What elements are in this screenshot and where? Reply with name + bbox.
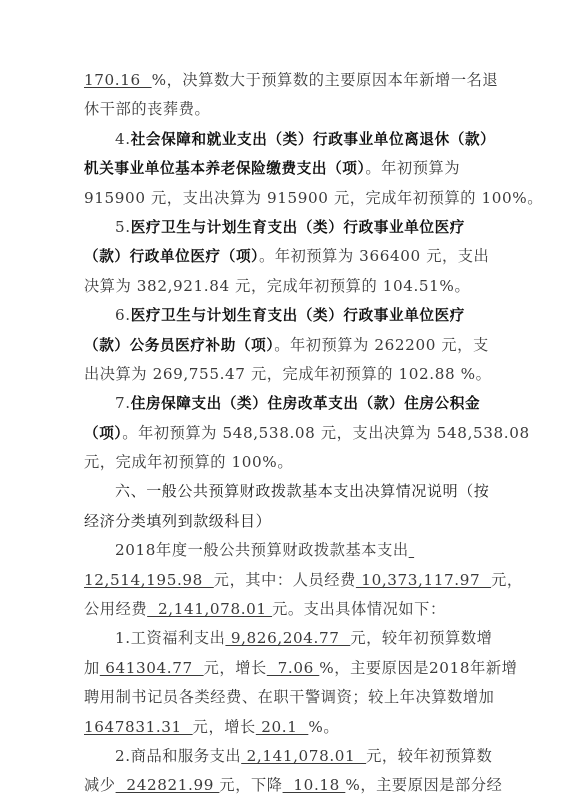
body-text: 决算为 382,921.84 元，完成年初预算的 104.51%。 xyxy=(84,277,470,295)
body-text: 加 xyxy=(84,659,100,677)
body-text: 元，较年初预算数 xyxy=(366,747,492,765)
underlined-value xyxy=(409,541,414,559)
bold-heading-text: 社会保障和就业支出（类）行政事业单位离退休（款） xyxy=(131,131,496,148)
bold-heading-text: （款）行政单位医疗（项） xyxy=(84,248,259,265)
text-line: 4.社会保障和就业支出（类）行政事业单位离退休（款） xyxy=(84,125,484,154)
text-line: 1647831.31 元，增长 20.1 %。 xyxy=(84,713,484,742)
text-line: 915900 元，支出决算为 915900 元，完成年初预算的 100%。 xyxy=(84,184,484,213)
text-line: 元，完成年初预算的 100%。 xyxy=(84,448,484,477)
body-text: 聘用制书记员各类经费、在职干警调资；较上年决算数增加 xyxy=(84,688,494,706)
body-text: 6. xyxy=(115,306,131,324)
underlined-value: 7.06 xyxy=(267,659,320,677)
body-text: 。年初预算为 548,538.08 元，支出决算为 548,538.08 xyxy=(122,424,529,442)
underlined-value: 10,373,117.97 xyxy=(356,571,491,589)
text-line: （款）公务员医疗补助（项）。年初预算为 262200 元，支 xyxy=(84,331,484,360)
body-text: %，决算数大于预算数的主要原因本年新增一名退 xyxy=(152,71,499,89)
body-text: 1.工资福利支出 xyxy=(115,629,225,647)
body-text: 减少 xyxy=(84,776,116,794)
body-text: 。年初预算为 262200 元，支 xyxy=(274,336,489,354)
body-text: 休干部的丧葬费。 xyxy=(84,100,210,118)
underlined-value: 641304.77 xyxy=(100,659,204,677)
body-text: 公用经费 xyxy=(84,600,147,618)
body-text: 2018年度一般公共预算财政拨款基本支出 xyxy=(115,541,409,559)
body-text: 915900 元，支出决算为 915900 元，完成年初预算的 100%。 xyxy=(84,189,543,207)
text-line: 六、一般公共预算财政拨款基本支出决算情况说明（按 xyxy=(84,477,484,506)
text-line: 5.医疗卫生与计划生育支出（类）行政事业单位医疗 xyxy=(84,213,484,242)
body-text: 。年初预算为 xyxy=(365,159,460,177)
body-text: 元，完成年初预算的 100%。 xyxy=(84,453,293,471)
text-line: 机关事业单位基本养老保险缴费支出（项）。年初预算为 xyxy=(84,154,484,183)
bold-heading-text: 住房保障支出（类）住房改革支出（款）住房公积金 xyxy=(131,395,480,412)
document-page: 170.16 %，决算数大于预算数的主要原因本年新增一名退休干部的丧葬费。4.社… xyxy=(84,66,484,800)
body-text: 。年初预算为 366400 元，支出 xyxy=(259,247,489,265)
text-line: 12,514,195.98 元，其中：人员经费 10,373,117.97 元， xyxy=(84,566,484,595)
text-line: （款）行政单位医疗（项）。年初预算为 366400 元，支出 xyxy=(84,242,484,271)
text-line: 6.医疗卫生与计划生育支出（类）行政事业单位医疗 xyxy=(84,301,484,330)
body-text: %。 xyxy=(308,718,339,736)
text-line: 公用经费 2,141,078.01 元。支出具体情况如下： xyxy=(84,595,484,624)
text-line: 2.商品和服务支出 2,141,078.01 元，较年初预算数 xyxy=(84,742,484,771)
text-line: 出决算为 269,755.47 元，完成年初预算的 102.88 %。 xyxy=(84,360,484,389)
text-line: 减少 242821.99 元，下降 10.18 %，主要原因是部分经 xyxy=(84,771,484,800)
body-text: 元，下降 xyxy=(219,776,282,794)
underlined-value: 1647831.31 xyxy=(84,718,193,736)
bold-heading-text: 医疗卫生与计划生育支出（类）行政事业单位医疗 xyxy=(131,219,465,236)
body-text: 元，增长 xyxy=(193,718,256,736)
underlined-value: 2,141,078.01 xyxy=(241,747,366,765)
text-line: 1.工资福利支出 9,826,204.77 元，较年初预算数增 xyxy=(84,624,484,653)
text-line: 2018年度一般公共预算财政拨款基本支出 xyxy=(84,536,484,565)
section-heading: 经济分类填列到款级科目） xyxy=(84,512,271,530)
body-text: 4. xyxy=(115,130,131,148)
body-text: 元，较年初预算数增 xyxy=(350,629,492,647)
bold-heading-text: 机关事业单位基本养老保险缴费支出（项） xyxy=(84,160,365,177)
text-line: 加 641304.77 元，增长 7.06 %，主要原因是2018年新增 xyxy=(84,654,484,683)
underlined-value: 9,826,204.77 xyxy=(225,629,350,647)
underlined-value: 10.18 xyxy=(283,776,346,794)
bold-heading-text: （款）公务员医疗补助（项） xyxy=(84,337,274,354)
underlined-value: 12,514,195.98 xyxy=(84,571,214,589)
text-line: 休干部的丧葬费。 xyxy=(84,95,484,124)
bold-heading-text: 医疗卫生与计划生育支出（类）行政事业单位医疗 xyxy=(131,307,465,324)
body-text: 元， xyxy=(491,571,523,589)
text-line: 7.住房保障支出（类）住房改革支出（款）住房公积金 xyxy=(84,389,484,418)
body-text: 7. xyxy=(115,394,131,412)
section-heading: 六、一般公共预算财政拨款基本支出决算情况说明（按 xyxy=(115,482,489,500)
text-line: 聘用制书记员各类经费、在职干警调资；较上年决算数增加 xyxy=(84,683,484,712)
body-text: 元。支出具体情况如下： xyxy=(272,600,446,618)
body-text: 元，其中：人员经费 xyxy=(214,571,356,589)
text-line: 决算为 382,921.84 元，完成年初预算的 104.51%。 xyxy=(84,272,484,301)
text-line: （项）。年初预算为 548,538.08 元，支出决算为 548,538.08 xyxy=(84,419,484,448)
underlined-value: 2,141,078.01 xyxy=(147,600,272,618)
body-text: %，主要原因是2018年新增 xyxy=(319,659,517,677)
text-line: 经济分类填列到款级科目） xyxy=(84,507,484,536)
body-text: %，主要原因是部分经 xyxy=(345,776,502,794)
body-text: 2.商品和服务支出 xyxy=(115,747,241,765)
bold-heading-text: （项） xyxy=(84,425,122,442)
underlined-value: 20.1 xyxy=(256,718,309,736)
body-text: 5. xyxy=(115,218,131,236)
underlined-value: 242821.99 xyxy=(116,776,220,794)
text-line: 170.16 %，决算数大于预算数的主要原因本年新增一名退 xyxy=(84,66,484,95)
body-text: 元，增长 xyxy=(204,659,267,677)
underlined-value: 170.16 xyxy=(84,71,152,89)
body-text: 出决算为 269,755.47 元，完成年初预算的 102.88 %。 xyxy=(84,365,491,383)
